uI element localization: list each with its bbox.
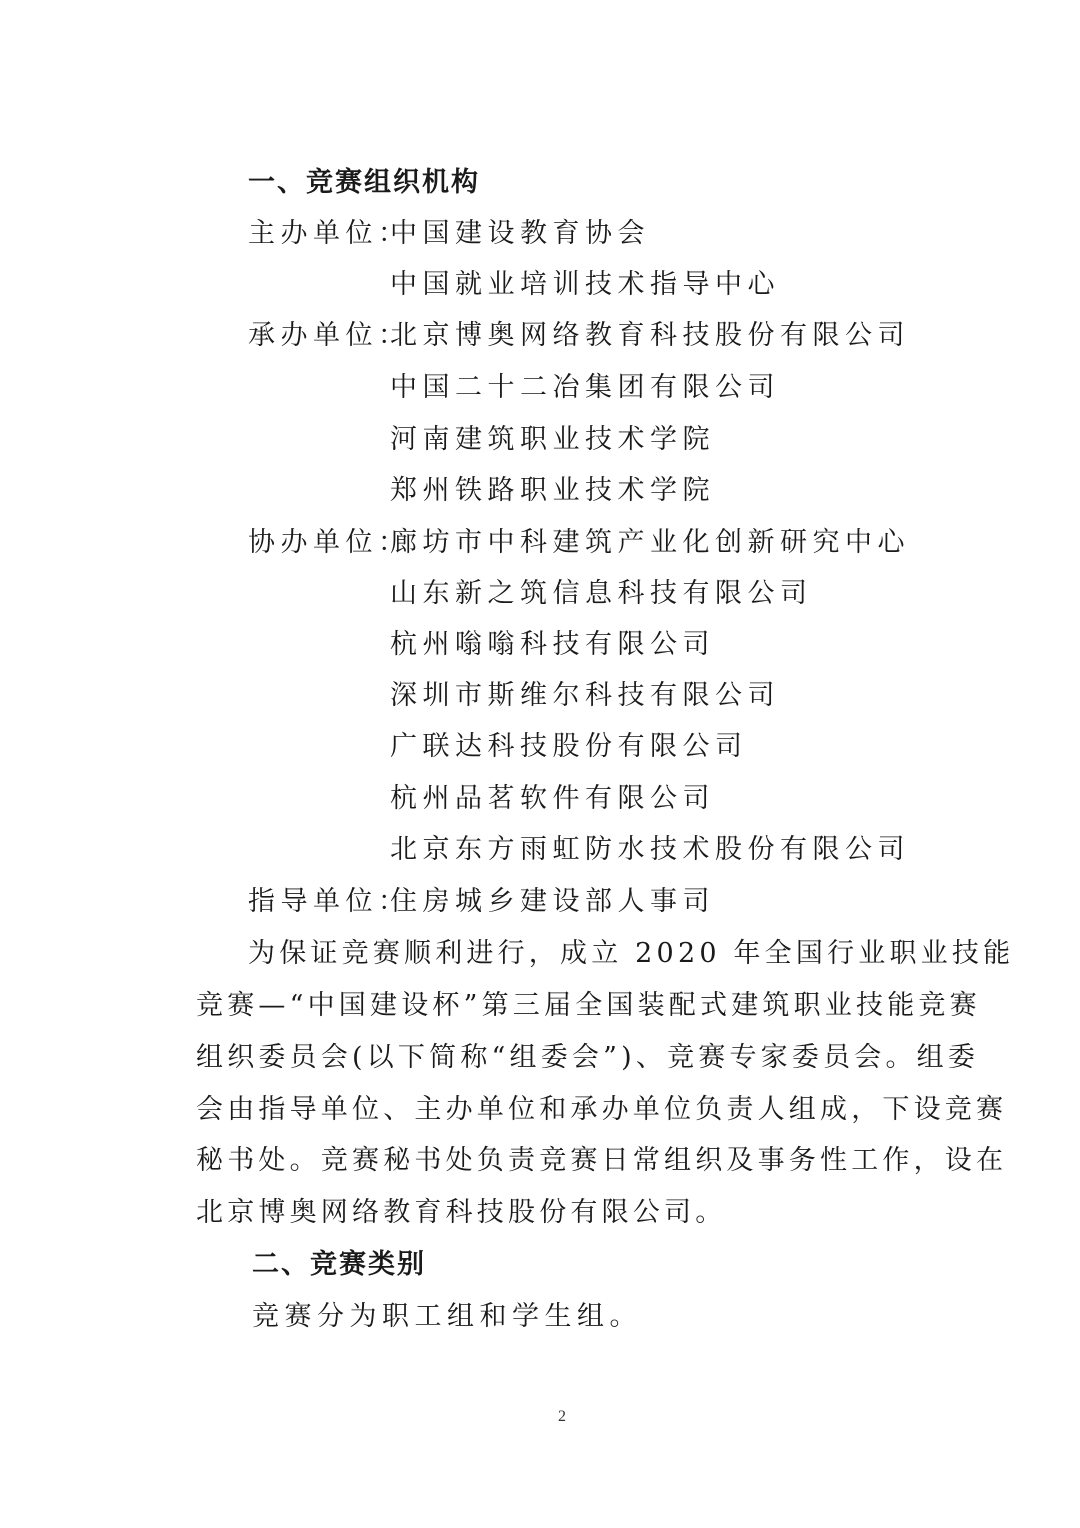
paragraph-line: 组织委员会(以下简称“组委会”)、竞赛专家委员会。组委 (196, 1041, 979, 1075)
paragraph-line: 北京博奥网络教育科技股份有限公司。 (196, 1196, 726, 1230)
guidance-item: 住房城乡建设部人事司 (390, 885, 715, 919)
section-heading-organization: 一、竞赛组织机构 (248, 166, 480, 200)
organizers-label: 主办单位： (248, 217, 411, 251)
categories-paragraph: 竞赛分为职工组和学生组。 (252, 1300, 642, 1334)
section-heading-categories: 二、竞赛类别 (252, 1248, 426, 1282)
paragraph-line: 秘书处。竞赛秘书处负责竞赛日常组织及事务性工作，设在 (196, 1144, 1007, 1178)
co-organizers-label: 协办单位： (248, 526, 411, 560)
co-organizer-item: 深圳市斯维尔科技有限公司 (390, 679, 780, 713)
host-item: 北京博奥网络教育科技股份有限公司 (390, 319, 910, 353)
co-organizer-item: 山东新之筑信息科技有限公司 (390, 577, 813, 611)
co-organizer-item: 广联达科技股份有限公司 (390, 730, 748, 764)
paragraph-line: 会由指导单位、主办单位和承办单位负责人组成，下设竞赛 (196, 1093, 1007, 1127)
page-number: 2 (558, 1408, 566, 1426)
host-item: 河南建筑职业技术学院 (390, 423, 715, 457)
co-organizer-item: 廊坊市中科建筑产业化创新研究中心 (390, 526, 910, 560)
organizer-item: 中国建设教育协会 (390, 217, 650, 251)
organizer-item: 中国就业培训技术指导中心 (390, 268, 780, 302)
co-organizer-item: 北京东方雨虹防水技术股份有限公司 (390, 833, 910, 867)
host-item: 郑州铁路职业技术学院 (390, 474, 715, 508)
co-organizer-item: 杭州嗡嗡科技有限公司 (390, 628, 715, 662)
paragraph-line: 竞赛—“中国建设杯”第三届全国装配式建筑职业技能竞赛 (196, 989, 981, 1023)
host-item: 中国二十二冶集团有限公司 (390, 371, 780, 405)
co-organizer-item: 杭州品茗软件有限公司 (390, 782, 715, 816)
guidance-label: 指导单位： (248, 885, 411, 919)
paragraph-line: 为保证竞赛顺利进行，成立 2020 年全国行业职业技能 (248, 937, 1014, 971)
hosts-label: 承办单位： (248, 319, 411, 353)
